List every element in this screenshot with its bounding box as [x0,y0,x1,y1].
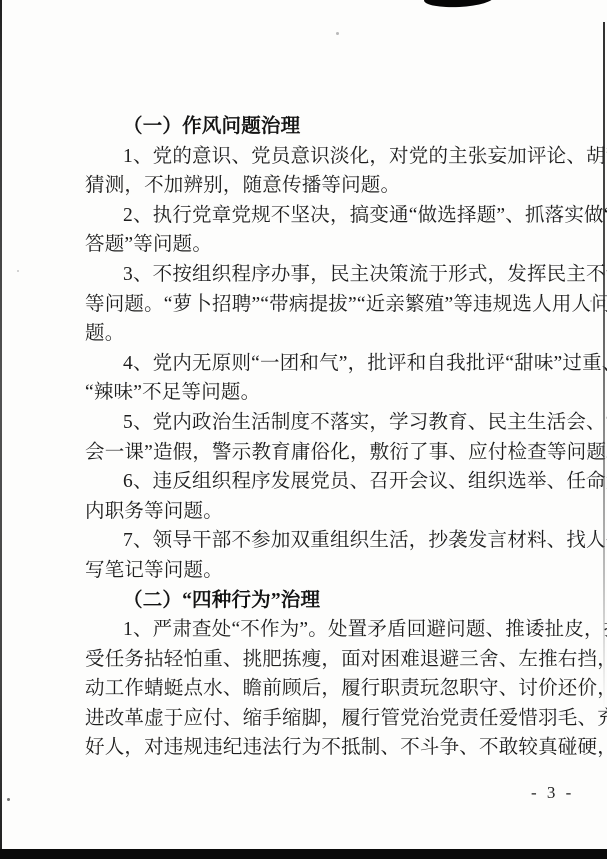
scan-speck-artifact [590,300,592,302]
section-heading: （二）“四种行为”治理 [85,586,533,616]
section-heading: （一）作风问题治理 [85,112,533,142]
body-line: 等问题。“萝卜招聘”“带病提拔”“近亲繁殖”等违规选人用人问 [85,290,533,320]
scan-edge-left-artifact [0,0,2,859]
body-line: 写笔记等问题。 [85,556,533,586]
body-line: 答题”等问题。 [85,230,533,260]
body-line: 会一课”造假，警示教育庸俗化，敷衍了事、应付检查等问题。 [85,438,533,468]
body-line: 4、党内无原则“一团和气”，批评和自我批评“甜味”过重、 [85,349,533,379]
text-block: （一）作风问题治理1、党的意识、党员意识淡化，对党的主张妄加评论、胡乱猜测，不加… [85,112,533,763]
body-line: 进改革虚于应付、缩手缩脚，履行管党治党责任爱惜羽毛、充当 [85,704,533,734]
scan-blob-top-artifact [424,0,495,9]
scan-speck-artifact [336,32,339,35]
body-line: 6、违反组织程序发展党员、召开会议、组织选举、任命党 [85,467,533,497]
scan-edge-right-artifact [603,22,605,712]
scan-speck-artifact [17,270,19,272]
body-line: “辣味”不足等问题。 [85,378,533,408]
page-number: - 3 - [531,783,574,803]
body-line: 好人，对违规违纪违法行为不抵制、不斗争、不敢较真碰硬，以 [85,733,533,763]
scanned-document-page: （一）作风问题治理1、党的意识、党员意识淡化，对党的主张妄加评论、胡乱猜测，不加… [0,0,607,859]
scan-edge-bottom-artifact [0,849,607,859]
body-line: 1、严肃查处“不作为”。处置矛盾回避问题、推诿扯皮，接 [85,615,533,645]
body-line: 受任务拈轻怕重、挑肥拣瘦，面对困难退避三舍、左推右挡，推 [85,645,533,675]
body-line: 2、执行党章党规不坚决，搞变通“做选择题”、抓落实做“简 [85,201,533,231]
body-line: 内职务等问题。 [85,497,533,527]
body-line: 1、党的意识、党员意识淡化，对党的主张妄加评论、胡乱 [85,142,533,172]
body-line: 5、党内政治生活制度不落实，学习教育、民主生活会、“三 [85,408,533,438]
scan-speck-artifact [7,798,10,801]
body-line: 题。 [85,319,533,349]
body-line: 猜测，不加辨别，随意传播等问题。 [85,171,533,201]
body-line: 动工作蜻蜓点水、瞻前顾后，履行职责玩忽职守、讨价还价，推 [85,674,533,704]
body-line: 7、领导干部不参加双重组织生活，抄袭发言材料、找人代 [85,526,533,556]
body-line: 3、不按组织程序办事，民主决策流于形式，发挥民主不够 [85,260,533,290]
